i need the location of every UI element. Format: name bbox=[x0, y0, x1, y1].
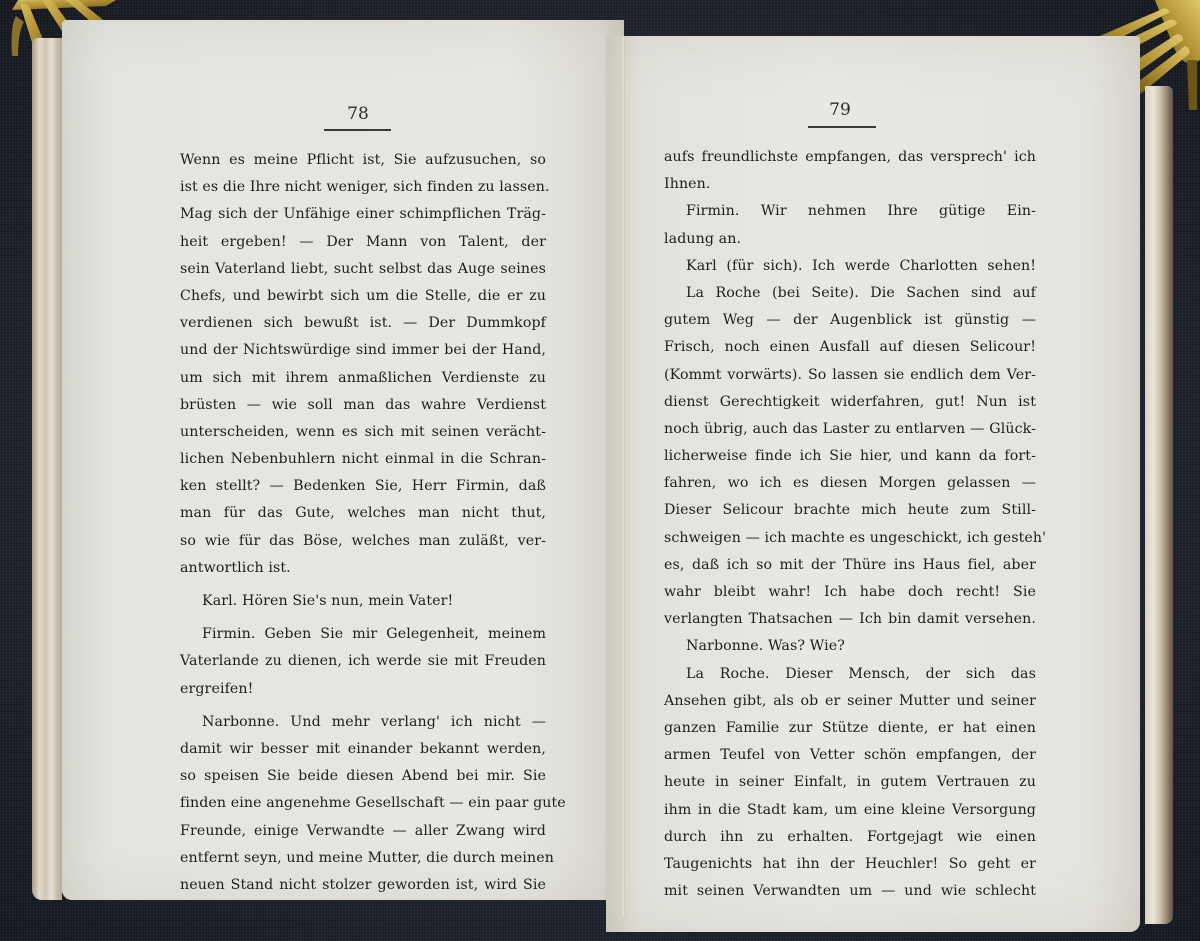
right-page-header-rule bbox=[808, 126, 876, 128]
text-line: und der Nichtswürdige sind immer bei der… bbox=[180, 337, 546, 364]
text-line: es, daß ich so mit der Thüre ins Haus fi… bbox=[664, 552, 1036, 579]
text-line: Narbonne. Und mehr verlang' ich nicht — bbox=[180, 709, 546, 736]
text-line: damit wir besser mit einander bekannt we… bbox=[180, 736, 546, 763]
text-line: Vaterlande zu dienen, ich werde sie mit … bbox=[180, 648, 546, 675]
text-line: fahren, wo ich es diesen Morgen gelassen… bbox=[664, 470, 1036, 497]
right-page-body: aufs freundlichste empfangen, das verspr… bbox=[664, 144, 1036, 905]
text-line: Freunde, einige Verwandte — aller Zwang … bbox=[180, 818, 546, 845]
left-page-body: Wenn es meine Pflicht ist, Sie aufzusuch… bbox=[180, 147, 546, 899]
text-line: ken stellt? — Bedenken Sie, Herr Firmin,… bbox=[180, 473, 546, 500]
right-page-number: 79 bbox=[800, 100, 880, 120]
text-line: man für das Gute, welches man nicht thut… bbox=[180, 500, 546, 527]
left-page-header-rule bbox=[324, 129, 391, 131]
text-line: um sich mit ihrem anmaßlichen Verdienste… bbox=[180, 365, 546, 392]
text-line: (Kommt vorwärts). So lassen sie endlich … bbox=[664, 362, 1036, 389]
text-line: heit ergeben! — Der Mann von Talent, der bbox=[180, 229, 546, 256]
text-line: wahr bleibt wahr! Ich habe doch recht! S… bbox=[664, 579, 1036, 606]
text-line: La Roche (bei Seite). Die Sachen sind au… bbox=[664, 280, 1036, 307]
book-gutter bbox=[621, 36, 625, 916]
text-line: licherweise finde ich Sie hier, und kann… bbox=[664, 443, 1036, 470]
text-line: Dieser Selicour brachte mich heute zum S… bbox=[664, 497, 1036, 524]
text-line: Karl. Hören Sie's nun, mein Vater! bbox=[180, 588, 546, 615]
text-line: so wie für das Böse, welches man zuläßt,… bbox=[180, 528, 546, 555]
text-line: Firmin. Geben Sie mir Gelegenheit, meine… bbox=[180, 621, 546, 648]
text-line: brüsten — wie soll man das wahre Verdien… bbox=[180, 392, 546, 419]
text-line: neuen Stand nicht stolzer geworden ist, … bbox=[180, 872, 546, 899]
text-line: gutem Weg — der Augenblick ist günstig — bbox=[664, 307, 1036, 334]
text-line: ladung an. bbox=[664, 226, 1036, 253]
text-line: so speisen Sie beide diesen Abend bei mi… bbox=[180, 763, 546, 790]
text-line: Ansehen gibt, als ob er seiner Mutter un… bbox=[664, 688, 1036, 715]
text-line: mit seinen Verwandten um — und wie schle… bbox=[664, 878, 1036, 905]
page-block-left-edge bbox=[32, 38, 62, 900]
text-line: Ihnen. bbox=[664, 171, 1036, 198]
left-page-number: 78 bbox=[318, 104, 398, 124]
text-line: dienst Gerechtigkeit widerfahren, gut! N… bbox=[664, 389, 1036, 416]
text-line: Narbonne. Was? Wie? bbox=[664, 633, 1036, 660]
text-line: lichen Nebenbuhlern nicht einmal in die … bbox=[180, 446, 546, 473]
text-line: Frisch, noch einen Ausfall auf diesen Se… bbox=[664, 334, 1036, 361]
text-line: finden eine angenehme Gesellschaft — ein… bbox=[180, 790, 546, 817]
text-line: ergreifen! bbox=[180, 676, 546, 703]
text-line: durch ihn zu erhalten. Fortgejagt wie ei… bbox=[664, 824, 1036, 851]
text-line: Chefs, und bewirbt sich um die Stelle, d… bbox=[180, 283, 546, 310]
text-line: ganzen Familie zur Stütze diente, er hat… bbox=[664, 715, 1036, 742]
text-line: Mag sich der Unfähige einer schimpfliche… bbox=[180, 201, 546, 228]
text-line: Firmin. Wir nehmen Ihre gütige Ein- bbox=[664, 198, 1036, 225]
text-line: armen Teufel von Vetter schön empfangen,… bbox=[664, 742, 1036, 769]
text-line: sein Vaterland liebt, sucht selbst das A… bbox=[180, 256, 546, 283]
text-line: Taugenichts hat ihn der Heuchler! So geh… bbox=[664, 851, 1036, 878]
text-line: Karl (für sich). Ich werde Charlotten se… bbox=[664, 253, 1036, 280]
text-line: verlangten Thatsachen — Ich bin damit ve… bbox=[664, 606, 1036, 633]
text-line: schweigen — ich machte es ungeschickt, i… bbox=[664, 525, 1036, 552]
page-block-right-edge bbox=[1145, 86, 1173, 924]
text-line: ihm in die Stadt kam, um eine kleine Ver… bbox=[664, 797, 1036, 824]
text-line: aufs freundlichste empfangen, das verspr… bbox=[664, 144, 1036, 171]
text-line: antwortlich ist. bbox=[180, 555, 546, 582]
text-line: noch übrig, auch das Laster zu entlarven… bbox=[664, 416, 1036, 443]
text-line: La Roche. Dieser Mensch, der sich das bbox=[664, 661, 1036, 688]
text-line: entfernt seyn, und meine Mutter, die dur… bbox=[180, 845, 546, 872]
text-line: Wenn es meine Pflicht ist, Sie aufzusuch… bbox=[180, 147, 546, 174]
text-line: ist es die Ihre nicht weniger, sich find… bbox=[180, 174, 546, 201]
text-line: verdienen sich bewußt ist. — Der Dummkop… bbox=[180, 310, 546, 337]
text-line: heute in seiner Einfalt, in gutem Vertra… bbox=[664, 769, 1036, 796]
text-line: unterscheiden, wenn es sich mit seinen v… bbox=[180, 419, 546, 446]
